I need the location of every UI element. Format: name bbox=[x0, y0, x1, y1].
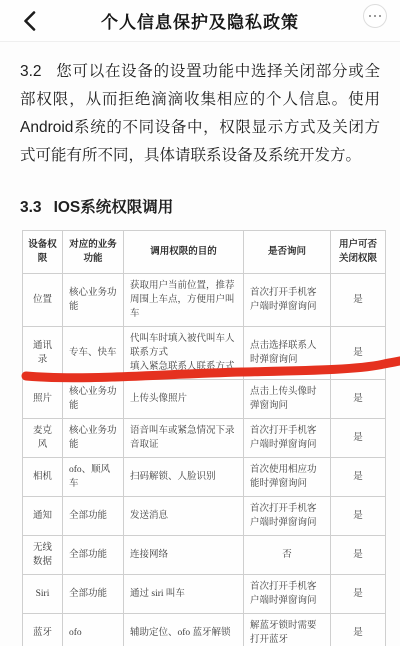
table-cell: 首次打开手机客户端时弹窗询问 bbox=[244, 419, 331, 458]
table-cell: 核心业务功能 bbox=[63, 380, 124, 419]
table-cell: 是 bbox=[331, 497, 386, 536]
more-options-circle-icon bbox=[369, 15, 381, 18]
table-cell: 全部功能 bbox=[63, 536, 124, 575]
table-cell: 核心业务功能 bbox=[63, 274, 124, 327]
table-row: 麦克风核心业务功能语音叫车或紧急情况下录音取证首次打开手机客户端时弹窗询问是 bbox=[23, 419, 386, 458]
page-title: 个人信息保护及隐私政策 bbox=[101, 8, 299, 33]
permissions-table-wrap: 设备权限 对应的业务功能 调用权限的目的 是否询问 用户可否关闭权限 位置核心业… bbox=[22, 230, 365, 646]
table-cell: 核心业务功能 bbox=[63, 419, 124, 458]
table-cell: 语音叫车或紧急情况下录音取证 bbox=[124, 419, 244, 458]
table-row: 相机ofo、顺风车扫码解锁、人脸识别首次使用相应功能时弹窗询问是 bbox=[23, 458, 386, 497]
table-cell: 连接网络 bbox=[124, 536, 244, 575]
table-cell: 上传头像照片 bbox=[124, 380, 244, 419]
table-row: 无线数据全部功能连接网络否是 bbox=[23, 536, 386, 575]
table-cell: 蓝牙 bbox=[23, 614, 63, 646]
app-header: 个人信息保护及隐私政策 bbox=[0, 0, 400, 42]
table-cell: 点击上传头像时弹窗询问 bbox=[244, 380, 331, 419]
clause-text: 您可以在设备的设置功能中选择关闭部分或全部权限，从而拒绝滴滴收集相应的个人信息。… bbox=[20, 63, 380, 164]
table-cell: 通知 bbox=[23, 497, 63, 536]
table-cell: 是 bbox=[331, 327, 386, 380]
table-cell: 扫码解锁、人脸识别 bbox=[124, 458, 244, 497]
paragraph-3-2: 3.2您可以在设备的设置功能中选择关闭部分或全部权限，从而拒绝滴滴收集相应的个人… bbox=[20, 58, 380, 170]
table-cell: 辅助定位、ofo 蓝牙解锁 bbox=[124, 614, 244, 646]
section-number: 3.3 bbox=[20, 199, 42, 216]
table-cell: 麦克风 bbox=[23, 419, 63, 458]
table-cell: 专车、快车 bbox=[63, 327, 124, 380]
table-row: 蓝牙ofo辅助定位、ofo 蓝牙解锁解蓝牙锁时需要打开蓝牙是 bbox=[23, 614, 386, 646]
table-cell: 全部功能 bbox=[63, 575, 124, 614]
col-header-device-permission: 设备权限 bbox=[23, 231, 63, 274]
table-row: Siri全部功能通过 siri 叫车首次打开手机客户端时弹窗询问是 bbox=[23, 575, 386, 614]
col-header-whether-asked: 是否询问 bbox=[244, 231, 331, 274]
col-header-purpose: 调用权限的目的 bbox=[124, 231, 244, 274]
permissions-table: 设备权限 对应的业务功能 调用权限的目的 是否询问 用户可否关闭权限 位置核心业… bbox=[22, 230, 386, 646]
table-cell: 相机 bbox=[23, 458, 63, 497]
table-cell: 通过 siri 叫车 bbox=[124, 575, 244, 614]
table-cell: 代叫车时填入被代叫车人联系方式 填入紧急联系人联系方式 bbox=[124, 327, 244, 380]
table-cell: 是 bbox=[331, 419, 386, 458]
table-cell: 点击选择联系人时弹窗询问 bbox=[244, 327, 331, 380]
more-options-button[interactable] bbox=[363, 4, 387, 28]
table-cell: 是 bbox=[331, 274, 386, 327]
table-cell: 获取用户当前位置，推荐周围上车点，方便用户叫车 bbox=[124, 274, 244, 327]
table-cell: Siri bbox=[23, 575, 63, 614]
table-header-row: 设备权限 对应的业务功能 调用权限的目的 是否询问 用户可否关闭权限 bbox=[23, 231, 386, 274]
table-cell: ofo、顺风车 bbox=[63, 458, 124, 497]
table-cell: 是 bbox=[331, 458, 386, 497]
table-cell: 是 bbox=[331, 380, 386, 419]
table-cell: 通讯录 bbox=[23, 327, 63, 380]
table-row: 位置核心业务功能获取用户当前位置，推荐周围上车点，方便用户叫车首次打开手机客户端… bbox=[23, 274, 386, 327]
table-row: 通知全部功能发送消息首次打开手机客户端时弹窗询问是 bbox=[23, 497, 386, 536]
table-row: 通讯录专车、快车代叫车时填入被代叫车人联系方式 填入紧急联系人联系方式点击选择联… bbox=[23, 327, 386, 380]
section-3-3-heading: 3.3IOS系统权限调用 bbox=[20, 195, 380, 217]
table-cell: 首次打开手机客户端时弹窗询问 bbox=[244, 497, 331, 536]
table-cell: 否 bbox=[244, 536, 331, 575]
col-header-business-function: 对应的业务功能 bbox=[63, 231, 124, 274]
table-cell: 是 bbox=[331, 536, 386, 575]
back-button[interactable] bbox=[14, 6, 44, 36]
table-header: 设备权限 对应的业务功能 调用权限的目的 是否询问 用户可否关闭权限 bbox=[23, 231, 386, 274]
section-title: IOS系统权限调用 bbox=[54, 199, 174, 216]
table-cell: 解蓝牙锁时需要打开蓝牙 bbox=[244, 614, 331, 646]
table-cell: 全部功能 bbox=[63, 497, 124, 536]
table-cell: 发送消息 bbox=[124, 497, 244, 536]
table-cell: 照片 bbox=[23, 380, 63, 419]
col-header-user-can-disable: 用户可否关闭权限 bbox=[331, 231, 386, 274]
table-cell: 首次打开手机客户端时弹窗询问 bbox=[244, 575, 331, 614]
clause-number: 3.2 bbox=[20, 63, 42, 80]
table-cell: 是 bbox=[331, 575, 386, 614]
table-cell: ofo bbox=[63, 614, 124, 646]
table-row: 照片核心业务功能上传头像照片点击上传头像时弹窗询问是 bbox=[23, 380, 386, 419]
table-cell: 是 bbox=[331, 614, 386, 646]
table-cell: 无线数据 bbox=[23, 536, 63, 575]
table-cell: 首次打开手机客户端时弹窗询问 bbox=[244, 274, 331, 327]
policy-content: 3.2您可以在设备的设置功能中选择关闭部分或全部权限，从而拒绝滴滴收集相应的个人… bbox=[0, 42, 400, 646]
table-cell: 位置 bbox=[23, 274, 63, 327]
chevron-left-icon bbox=[23, 11, 36, 31]
screen: 个人信息保护及隐私政策 3.2您可以在设备的设置功能中选择关闭部分或全部权限，从… bbox=[0, 0, 400, 646]
table-body: 位置核心业务功能获取用户当前位置，推荐周围上车点，方便用户叫车首次打开手机客户端… bbox=[23, 274, 386, 646]
table-cell: 首次使用相应功能时弹窗询问 bbox=[244, 458, 331, 497]
